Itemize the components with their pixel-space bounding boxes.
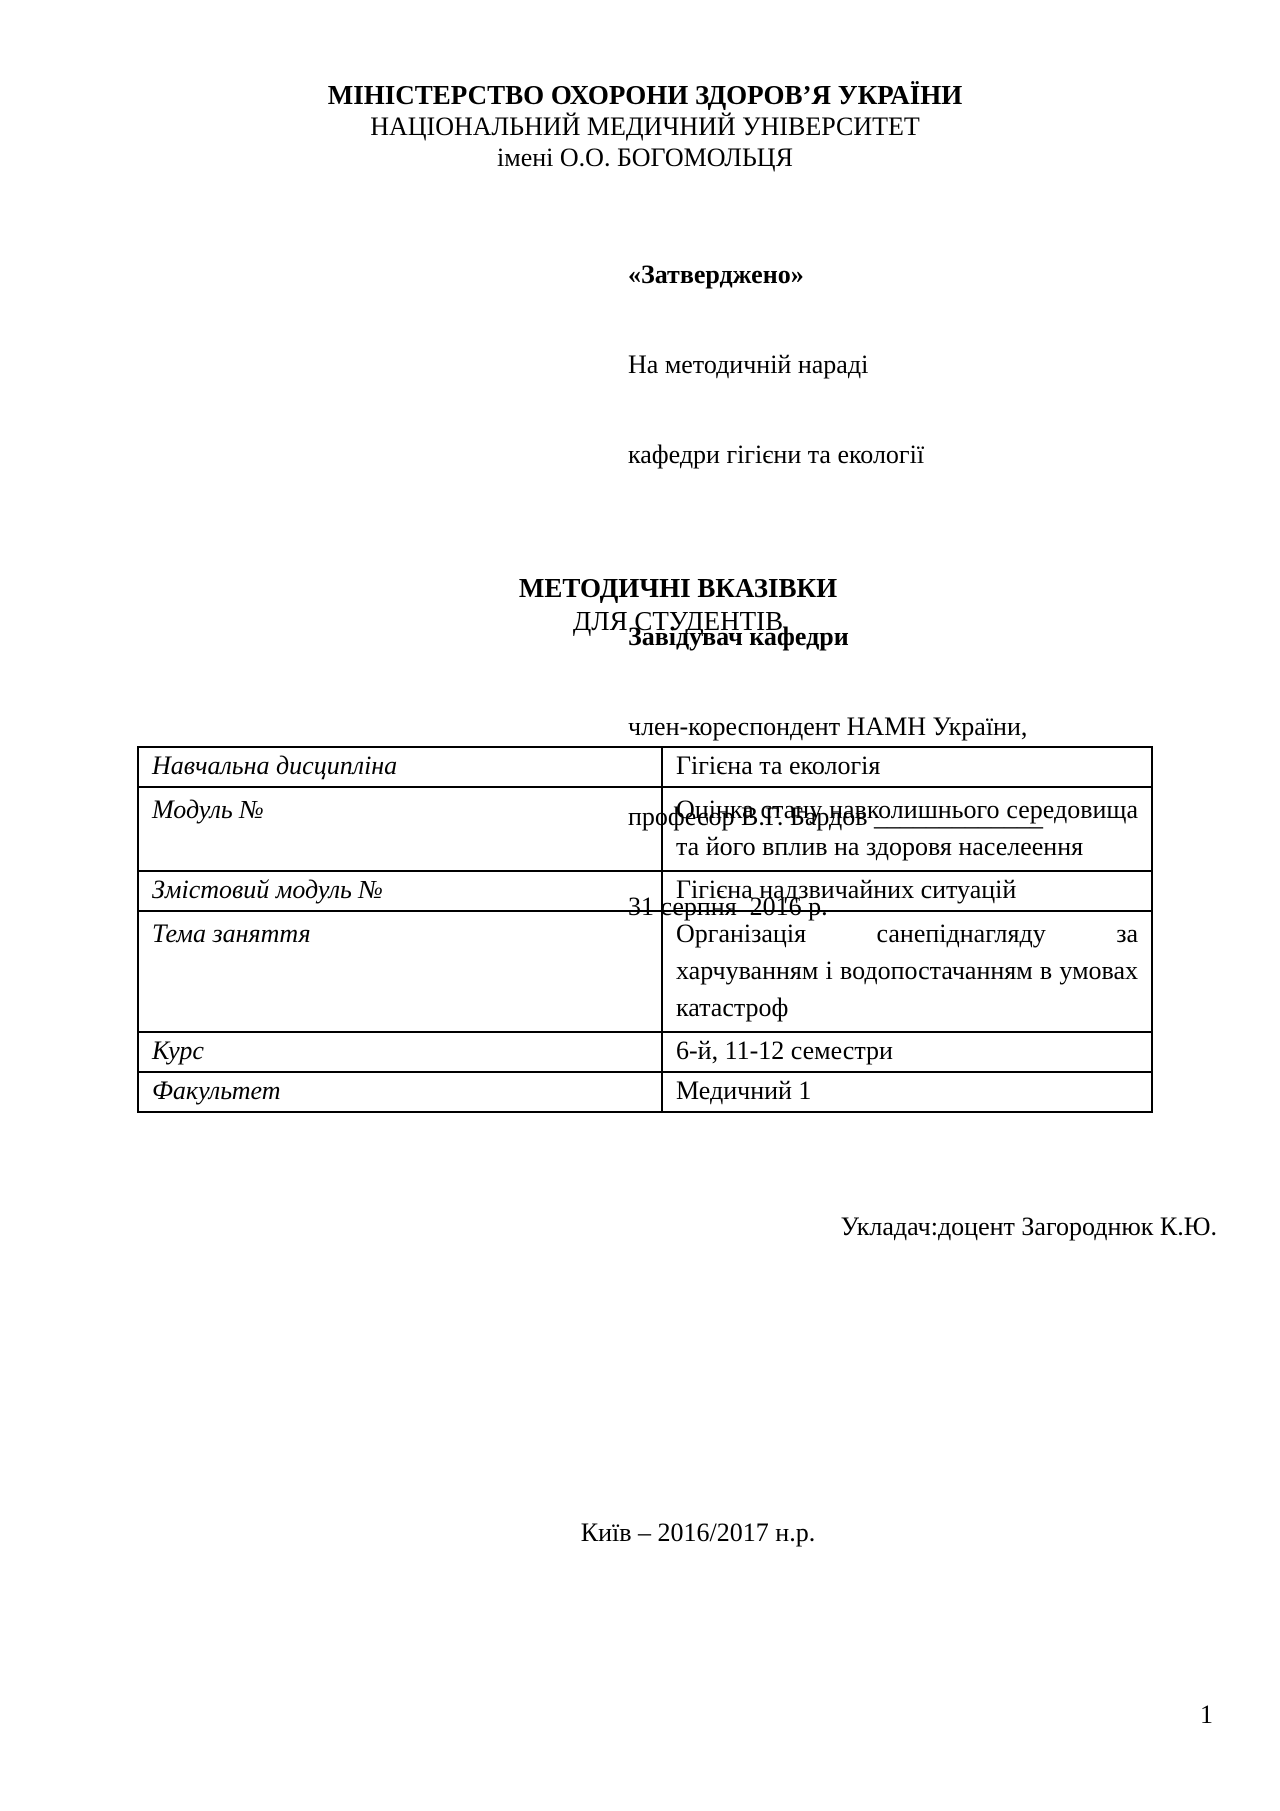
table-row-course: Курс 6-й, 11-12 семестри (138, 1032, 1152, 1072)
row-value: Організація санепіднагляду за харчування… (662, 911, 1152, 1032)
table-row-topic: Тема заняття Організація санепіднагляду … (138, 911, 1152, 1032)
document-header: МІНІСТЕРСТВО ОХОРОНИ ЗДОРОВ’Я УКРАЇНИ НА… (137, 80, 1153, 173)
table-row-discipline: Навчальна дисципліна Гігієна та екологія (138, 747, 1152, 787)
table-row-faculty: Факультет Медичний 1 (138, 1072, 1152, 1112)
university-name-line: імені О.О. БОГОМОЛЬЦЯ (137, 142, 1153, 173)
row-label: Модуль № (138, 787, 662, 871)
row-label: Змістовий модуль № (138, 871, 662, 911)
document-title: МЕТОДИЧНІ ВКАЗІВКИ ДЛЯ СТУДЕНТІВ (170, 572, 1186, 638)
document-page: МІНІСТЕРСТВО ОХОРОНИ ЗДОРОВ’Я УКРАЇНИ НА… (0, 0, 1280, 1811)
row-value: Медичний 1 (662, 1072, 1152, 1112)
row-label: Факультет (138, 1072, 662, 1112)
approval-meeting-line: На методичній нараді (628, 350, 1043, 380)
author-line: Укладач:доцент Загороднюк К.Ю. (137, 1212, 1217, 1242)
table-row-content-module: Змістовий модуль № Гігієна надзвичайних … (138, 871, 1152, 911)
row-value: Гігієна та екологія (662, 747, 1152, 787)
document-title-line1: МЕТОДИЧНІ ВКАЗІВКИ (170, 572, 1186, 605)
page-number: 1 (1200, 1700, 1213, 1730)
approval-department-line: кафедри гігієни та екології (628, 440, 1043, 470)
head-title-line: член-кореспондент НАМН України, (628, 712, 1043, 742)
row-value: Оцінка стану навколишнього середовища та… (662, 787, 1152, 871)
row-value: Гігієна надзвичайних ситуацій (662, 871, 1152, 911)
university-line: НАЦІОНАЛЬНИЙ МЕДИЧНИЙ УНІВЕРСИТЕТ (137, 111, 1153, 142)
course-info-table: Навчальна дисципліна Гігієна та екологія… (137, 746, 1153, 1113)
row-value: 6-й, 11-12 семестри (662, 1032, 1152, 1072)
city-year-line: Київ – 2016/2017 н.р. (137, 1518, 1259, 1548)
document-title-line2: ДЛЯ СТУДЕНТІВ (170, 605, 1186, 638)
row-label: Тема заняття (138, 911, 662, 1032)
row-label: Курс (138, 1032, 662, 1072)
approved-label: «Затверджено» (628, 260, 1043, 290)
row-label: Навчальна дисципліна (138, 747, 662, 787)
table-row-module: Модуль № Оцінка стану навколишнього сере… (138, 787, 1152, 871)
ministry-line: МІНІСТЕРСТВО ОХОРОНИ ЗДОРОВ’Я УКРАЇНИ (137, 80, 1153, 111)
